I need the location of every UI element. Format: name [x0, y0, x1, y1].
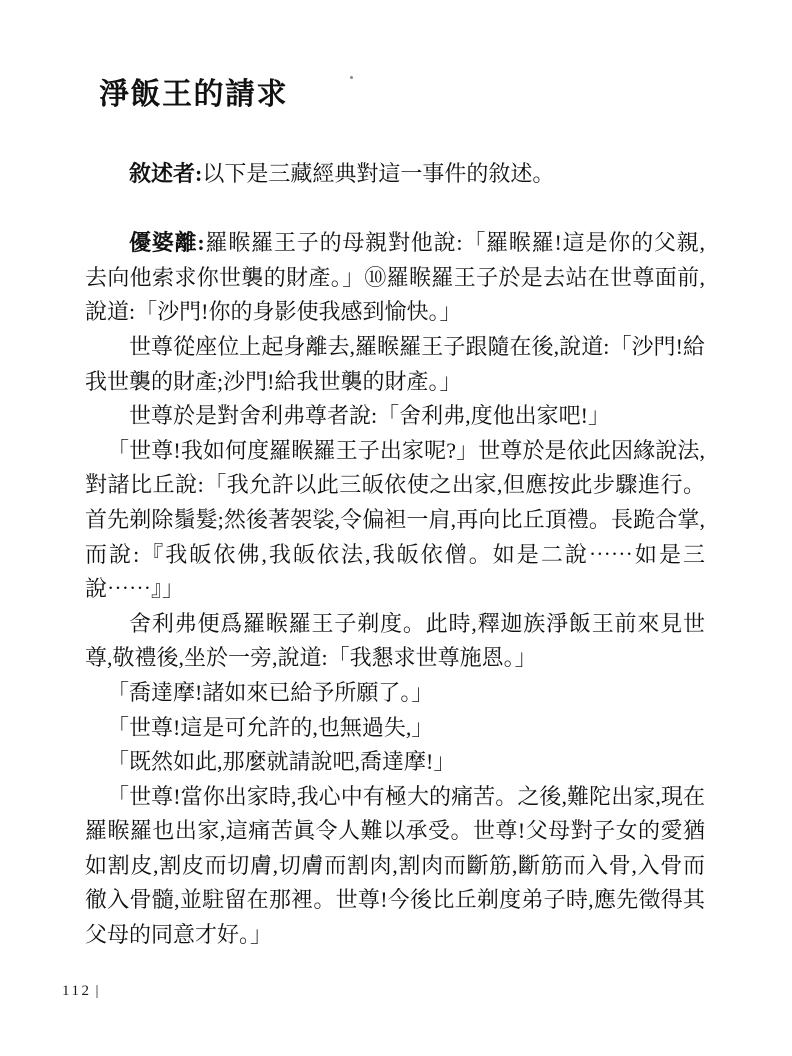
paragraph-text: 舍利弗便爲羅睺羅王子剃度。此時,釋迦族淨飯王前來見世尊,敬禮後,坐於一旁,說道:… — [85, 611, 705, 671]
paragraph-text: 以下是三藏經典對這一事件的敘述。 — [202, 161, 554, 186]
paragraph-narrative: 世尊於是對舍利弗尊者說:「舍利弗,度他出家吧!」 — [85, 399, 705, 434]
paragraph-dialogue: 「世尊!這是可允許的,也無過失,」 — [85, 711, 705, 746]
paragraph-text: 「世尊!我如何度羅睺羅王子出家呢?」世尊於是依此因緣說法,對諸比丘說:「我允許以… — [85, 438, 705, 601]
paragraph-text: 「世尊!這是可允許的,也無過失,」 — [107, 715, 433, 740]
paragraph-text: 「既然如此,那麼就請說吧,喬達摩!」 — [107, 749, 455, 774]
book-page: 淨飯王的請求 敘述者:以下是三藏經典對這一事件的敘述。 優婆離:羅睺羅王子的母親… — [0, 0, 792, 1056]
speaker-label: 敘述者: — [129, 161, 202, 186]
paragraph-narrator: 敘述者:以下是三藏經典對這一事件的敘述。 — [85, 157, 705, 192]
paragraph-text: 世尊於是對舍利弗尊者說:「舍利弗,度他出家吧!」 — [129, 403, 610, 428]
body-text: 敘述者:以下是三藏經典對這一事件的敘述。 優婆離:羅睺羅王子的母親對他說:「羅睺… — [85, 157, 705, 953]
paragraph-narrative: 世尊從座位上起身離去,羅睺羅王子跟隨在後,說道:「沙門!給我世襲的財產;沙門!給… — [85, 330, 705, 399]
paragraph-text: 「世尊!當你出家時,我心中有極大的痛苦。之後,難陀出家,現在羅睺羅也出家,這痛苦… — [85, 784, 705, 947]
paragraph-text: 世尊從座位上起身離去,羅睺羅王子跟隨在後,說道:「沙門!給我世襲的財產;沙門!給… — [85, 334, 705, 394]
paragraph-narrative: 舍利弗便爲羅睺羅王子剃度。此時,釋迦族淨飯王前來見世尊,敬禮後,坐於一旁,說道:… — [85, 607, 705, 676]
paragraph-dialogue: 「世尊!我如何度羅睺羅王子出家呢?」世尊於是依此因緣說法,對諸比丘說:「我允許以… — [85, 434, 705, 607]
speaker-label: 優婆離: — [129, 230, 205, 255]
paragraph-text: 「喬達摩!諸如來已給予所願了。」 — [107, 680, 433, 705]
page-footer: 112| — [62, 983, 98, 1000]
scan-speck — [350, 76, 353, 79]
paragraph-upali: 優婆離:羅睺羅王子的母親對他說:「羅睺羅!這是你的父親,去向他索求你世襲的財產。… — [85, 226, 705, 330]
paragraph-dialogue: 「世尊!當你出家時,我心中有極大的痛苦。之後,難陀出家,現在羅睺羅也出家,這痛苦… — [85, 780, 705, 953]
footer-divider: | — [95, 983, 98, 999]
paragraph-dialogue: 「喬達摩!諸如來已給予所願了。」 — [85, 676, 705, 711]
paragraph-dialogue: 「既然如此,那麼就請說吧,喬達摩!」 — [85, 745, 705, 780]
page-title: 淨飯王的請求 — [99, 78, 288, 111]
page-number: 112 — [62, 983, 91, 999]
